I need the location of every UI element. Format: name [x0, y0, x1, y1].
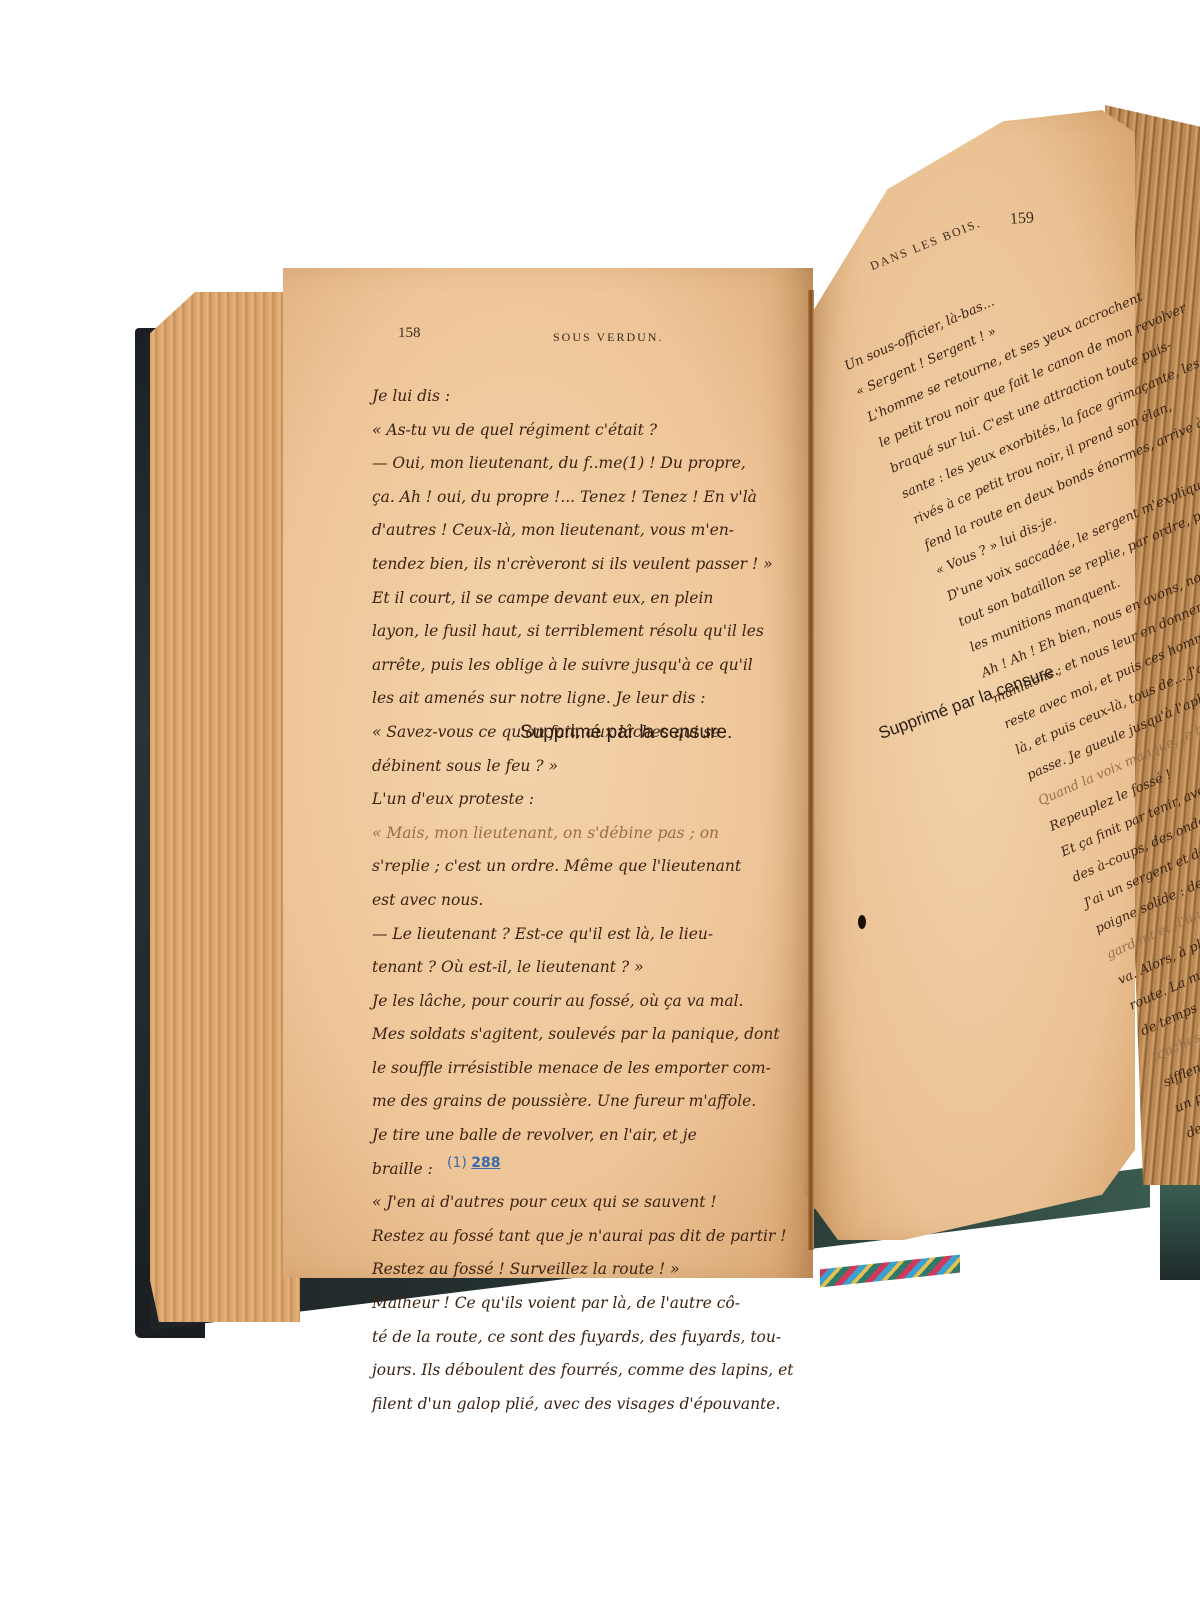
text-line: « Mais, mon lieutenant, on s'débine pas …: [372, 817, 802, 851]
photo-scene: 158 SOUS VERDUN. 159 DANS LES BOIS. Je l…: [0, 0, 1200, 1600]
text-line: — Le lieutenant ? Est-ce qu'il est là, l…: [372, 918, 802, 952]
text-line: Et il court, il se campe devant eux, en …: [372, 582, 802, 616]
text-line: jours. Ils déboulent des fourrés, comme …: [372, 1354, 802, 1388]
text-line: débinent sous le feu ? »: [372, 750, 802, 784]
text-line: le souffle irrésistible menace de les em…: [372, 1052, 802, 1086]
text-line: — Oui, mon lieutenant, du f..me(1) ! Du …: [372, 447, 802, 481]
text-line: d'autres ! Ceux-là, mon lieutenant, vous…: [372, 514, 802, 548]
headband-decorative: [820, 1255, 960, 1288]
text-line: Je les lâche, pour courir au fossé, où ç…: [372, 985, 802, 1019]
text-line: Restez au fossé tant que je n'aurai pas …: [372, 1220, 802, 1254]
text-line: les ait amenés sur notre ligne. Je leur …: [372, 682, 802, 716]
text-line: me des grains de poussière. Une fureur m…: [372, 1085, 802, 1119]
running-head-left: SOUS VERDUN.: [553, 330, 663, 345]
text-line: Malheur ! Ce qu'ils voient par là, de l'…: [372, 1287, 802, 1321]
ink-blot: [858, 915, 866, 929]
text-line: filent d'un galop plié, avec des visages…: [372, 1388, 802, 1422]
text-line: Je tire une balle de revolver, en l'air,…: [372, 1119, 802, 1153]
text-line: Je lui dis :: [372, 380, 802, 414]
text-line: arrête, puis les oblige à le suivre jusq…: [372, 649, 802, 683]
footnote-number: 288: [471, 1155, 500, 1171]
text-line: té de la route, ce sont des fuyards, des…: [372, 1321, 802, 1355]
text-line: Mes soldats s'agitent, soulevés par la p…: [372, 1018, 802, 1052]
footnote-annotation: (1) 288: [447, 1155, 501, 1171]
text-line: est avec nous.: [372, 884, 802, 918]
text-line: « J'en ai d'autres pour ceux qui se sauv…: [372, 1186, 802, 1220]
text-line: s'replie ; c'est un ordre. Même que l'li…: [372, 850, 802, 884]
handwritten-text-left: Je lui dis : « As-tu vu de quel régiment…: [372, 380, 802, 1421]
page-block-edges-left: [150, 292, 300, 1322]
footnote-marker: (1): [447, 1155, 467, 1171]
book-gutter: [808, 290, 814, 1250]
text-line: « As-tu vu de quel régiment c'était ?: [372, 414, 802, 448]
text-line: tendez bien, ils n'crèveront si ils veul…: [372, 548, 802, 582]
text-line: braille :: [372, 1153, 802, 1187]
censorship-stamp-left: Supprimé par la censure.: [520, 722, 732, 744]
text-line: Restez au fossé ! Surveillez la route ! …: [372, 1253, 802, 1287]
page-number-right: 159: [1009, 209, 1034, 229]
text-line: tenant ? Où est-il, le lieutenant ? »: [372, 951, 802, 985]
text-line: ça. Ah ! oui, du propre !... Tenez ! Ten…: [372, 481, 802, 515]
text-line: layon, le fusil haut, si terriblement ré…: [372, 615, 802, 649]
page-number-left: 158: [398, 325, 421, 342]
text-line: L'un d'eux proteste :: [372, 783, 802, 817]
